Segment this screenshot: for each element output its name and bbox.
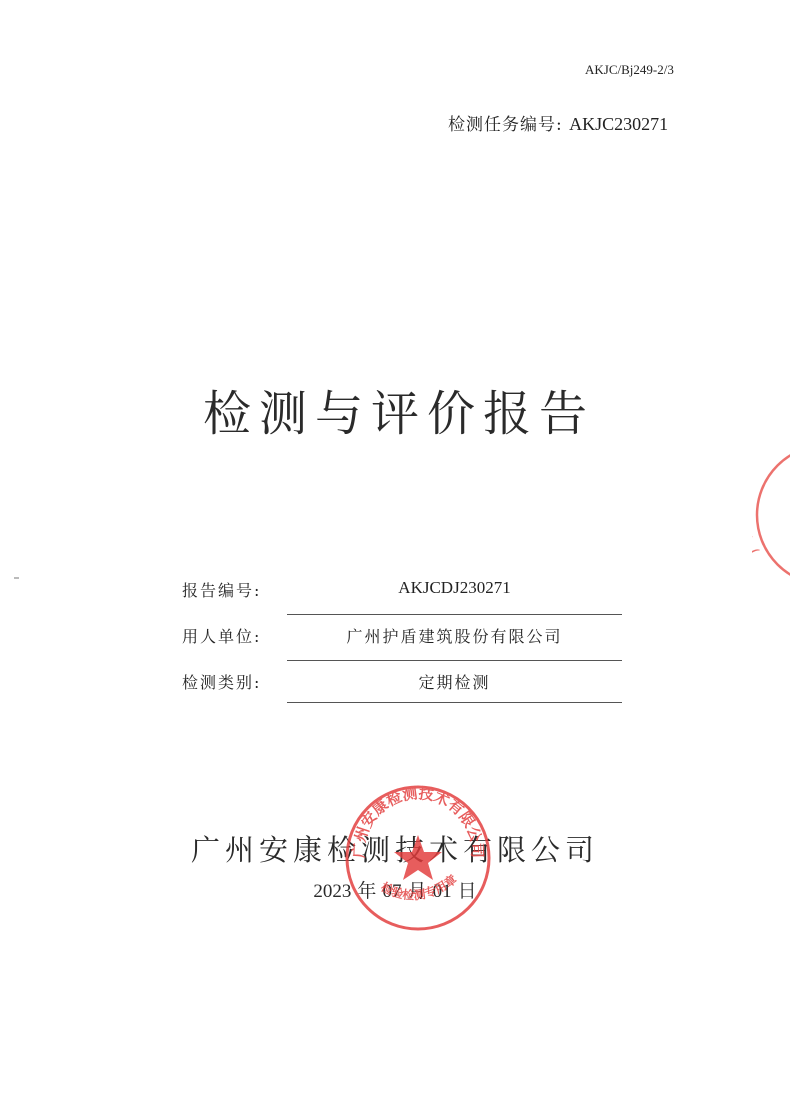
date-year-unit: 年 — [357, 880, 376, 902]
partial-seal-stamp: 广州安康 — [752, 445, 790, 585]
date-month-unit: 月 — [408, 880, 427, 902]
issue-date: 2023 年 07 月 01 日 — [0, 876, 790, 903]
document-code: AKJC/Bj249-2/3 — [585, 62, 674, 78]
date-year: 2023 — [313, 881, 351, 902]
test-type-underline — [287, 702, 622, 703]
test-type-label: 检测类别: — [182, 670, 261, 693]
report-number-label: 报告编号: — [182, 578, 261, 601]
task-number: 检测任务编号: AKJC230271 — [448, 110, 668, 135]
employer-underline — [287, 660, 622, 661]
employer-label: 用人单位: — [182, 624, 261, 647]
report-number-underline — [287, 614, 622, 615]
issuing-company: 广州安康检测技术有限公司 — [0, 828, 790, 869]
task-number-label: 检测任务编号: — [448, 115, 563, 135]
date-day-unit: 日 — [458, 880, 477, 902]
side-stamp-text: 广州安康 — [752, 490, 762, 558]
scan-speck — [14, 577, 19, 579]
report-number-value: AKJCDJ230271 — [287, 578, 622, 598]
date-month: 07 — [382, 881, 401, 902]
test-type-value: 定期检测 — [287, 670, 622, 693]
report-title: 检测与评价报告 — [0, 375, 790, 444]
employer-value: 广州护盾建筑股份有限公司 — [287, 624, 622, 647]
svg-text:广州安康: 广州安康 — [752, 490, 762, 558]
task-number-value: AKJC230271 — [569, 114, 668, 134]
date-day: 01 — [433, 881, 452, 902]
